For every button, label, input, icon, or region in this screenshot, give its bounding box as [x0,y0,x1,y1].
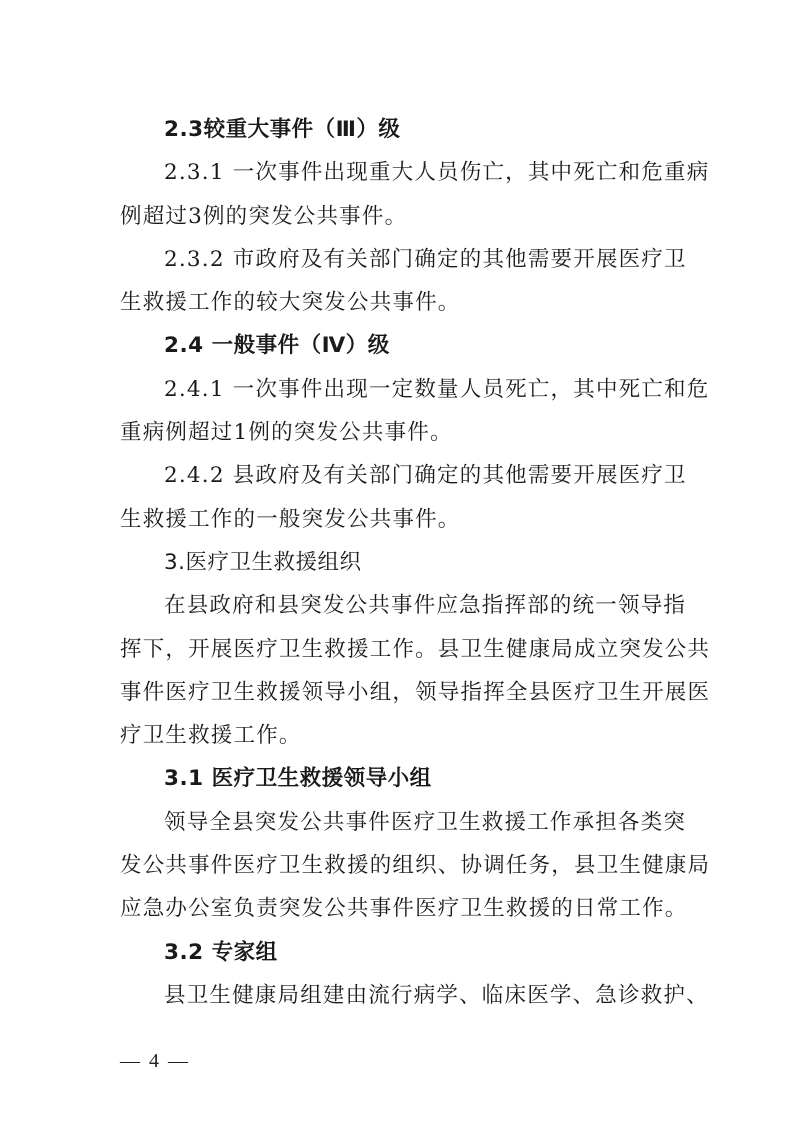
paragraph-line: 生救援工作的较大突发公共事件。 [120,281,680,324]
section-heading-3-2: 3.2 专家组 [120,931,680,974]
paragraph-line: 重病例超过1例的突发公共事件。 [120,411,680,454]
paragraph-line: 应急办公室负责突发公共事件医疗卫生救援的日常工作。 [120,887,680,930]
document-page: 2.3较重大事件（Ⅲ）级 2.3.1 一次事件出现重大人员伤亡，其中死亡和危重病… [120,108,680,1017]
paragraph-line: 疗卫生救援工作。 [120,714,680,757]
paragraph-line: 2.3.1 一次事件出现重大人员伤亡，其中死亡和危重病 [120,151,680,194]
section-heading-2-3: 2.3较重大事件（Ⅲ）级 [120,108,680,151]
paragraph-line: 县卫生健康局组建由流行病学、临床医学、急诊救护、 [120,974,680,1017]
paragraph-line: 发公共事件医疗卫生救援的组织、协调任务，县卫生健康局 [120,844,680,887]
paragraph-line: 2.4.1 一次事件出现一定数量人员死亡，其中死亡和危 [120,368,680,411]
section-heading-2-4: 2.4 一般事件（Ⅳ）级 [120,324,680,367]
paragraph-line: 在县政府和县突发公共事件应急指挥部的统一领导指 [120,584,680,627]
section-heading-3-1: 3.1 医疗卫生救援领导小组 [120,757,680,800]
page-number: — 4 — [120,1050,190,1073]
paragraph-line: 例超过3例的突发公共事件。 [120,195,680,238]
paragraph-line: 挥下，开展医疗卫生救援工作。县卫生健康局成立突发公共 [120,628,680,671]
section-heading-3: 3.医疗卫生救援组织 [120,541,680,584]
paragraph-line: 事件医疗卫生救援领导小组，领导指挥全县医疗卫生开展医 [120,671,680,714]
paragraph-line: 生救援工作的一般突发公共事件。 [120,498,680,541]
paragraph-line: 领导全县突发公共事件医疗卫生救援工作承担各类突 [120,801,680,844]
paragraph-line: 2.4.2 县政府及有关部门确定的其他需要开展医疗卫 [120,454,680,497]
paragraph-line: 2.3.2 市政府及有关部门确定的其他需要开展医疗卫 [120,238,680,281]
